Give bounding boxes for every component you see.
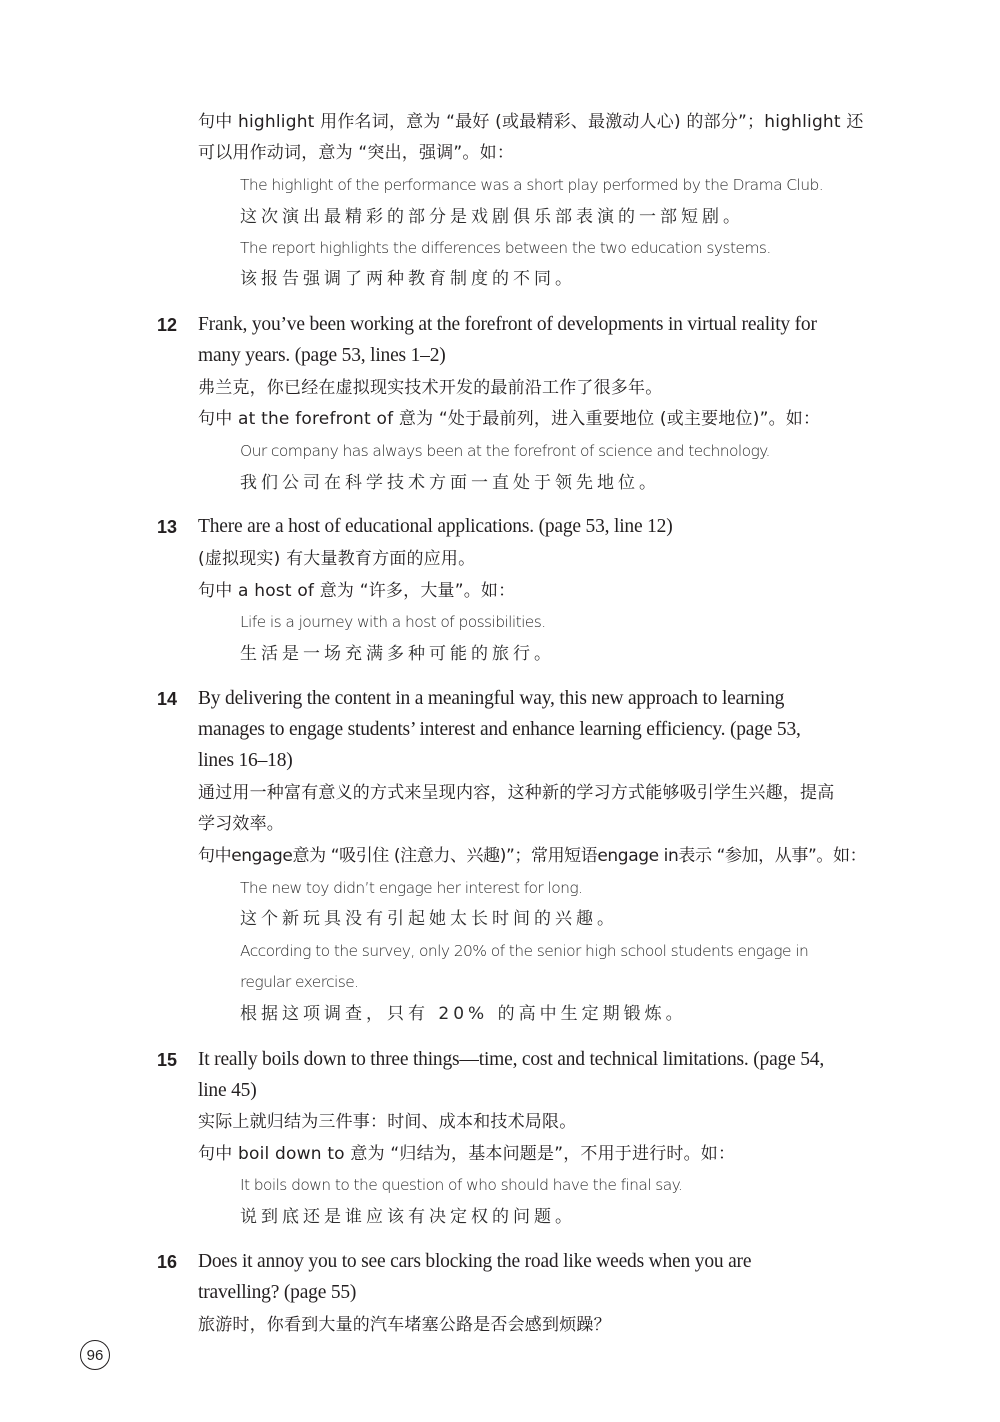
- example-english: The highlight of the performance was a s…: [240, 173, 823, 197]
- note-sentence-line: By delivering the content in a meaningfu…: [198, 687, 784, 711]
- note-translation: 实际上就归结为三件事：时间、成本和技术局限。: [198, 1110, 576, 1134]
- note-sentence-line: lines 16–18): [198, 749, 293, 773]
- note-translation: 学习效率。: [198, 812, 284, 836]
- note-explanation: 句中 a host of 意为 “许多，大量”。如：: [198, 579, 515, 603]
- note-sentence-line: line 45): [198, 1079, 257, 1103]
- note-number: 16: [157, 1250, 177, 1274]
- note-sentence-line: many years. (page 53, lines 1–2): [198, 344, 446, 368]
- example-english: Life is a journey with a host of possibi…: [240, 610, 546, 634]
- example-chinese: 说到底还是谁应该有决定权的问题。: [240, 1205, 576, 1229]
- example-chinese: 这次演出最精彩的部分是戏剧俱乐部表演的一部短剧。: [240, 205, 744, 229]
- note-sentence-line: There are a host of educational applicat…: [198, 515, 673, 539]
- page-number: 96: [87, 1347, 104, 1364]
- example-english: Our company has always been at the foref…: [240, 439, 770, 463]
- note-number: 12: [157, 313, 177, 337]
- note-sentence-line: travelling? (page 55): [198, 1281, 356, 1305]
- note-number: 15: [157, 1048, 177, 1072]
- example-chinese: 该报告强调了两种教育制度的不同。: [240, 267, 576, 291]
- note-sentence-line: manages to engage students’ interest and…: [198, 718, 801, 742]
- example-chinese: 生活是一场充满多种可能的旅行。: [240, 642, 555, 666]
- intro-explanation-line-2: 可以用作动词，意为 “突出，强调”。如：: [198, 141, 514, 165]
- note-translation: (虚拟现实) 有大量教育方面的应用。: [198, 547, 475, 571]
- note-translation: 弗兰克，你已经在虚拟现实技术开发的最前沿工作了很多年。: [198, 376, 662, 400]
- note-explanation: 句中 at the forefront of 意为 “处于最前列，进入重要地位 …: [198, 407, 820, 431]
- example-english: It boils down to the question of who sho…: [240, 1173, 682, 1197]
- note-number: 14: [157, 687, 177, 711]
- note-explanation: 句中engage意为 “吸引住 (注意力、兴趣)”；常用短语engage in表…: [198, 844, 866, 868]
- example-english: The report highlights the differences be…: [240, 236, 771, 260]
- intro-explanation-line-1: 句中 highlight 用作名词，意为 “最好 (或最精彩、最激动人心) 的部…: [198, 110, 864, 134]
- note-translation: 通过用一种富有意义的方式来呈现内容，这种新的学习方式能够吸引学生兴趣，提高: [198, 781, 834, 805]
- example-chinese: 这个新玩具没有引起她太长时间的兴趣。: [240, 907, 618, 931]
- note-sentence-line: Does it annoy you to see cars blocking t…: [198, 1250, 751, 1274]
- example-chinese: 根据这项调查，只有 20% 的高中生定期锻炼。: [240, 1002, 687, 1026]
- example-english: regular exercise.: [240, 970, 359, 994]
- example-english: According to the survey, only 20% of the…: [240, 939, 808, 963]
- page-number-badge: 96: [80, 1340, 110, 1370]
- note-explanation: 句中 boil down to 意为 “归结为，基本问题是”，不用于进行时。如：: [198, 1142, 735, 1166]
- note-number: 13: [157, 515, 177, 539]
- example-chinese: 我们公司在科学技术方面一直处于领先地位。: [240, 471, 660, 495]
- textbook-page: 句中 highlight 用作名词，意为 “最好 (或最精彩、最激动人心) 的部…: [0, 0, 1000, 1422]
- example-english: The new toy didn’t engage her interest f…: [240, 876, 582, 900]
- note-translation: 旅游时，你看到大量的汽车堵塞公路是否会感到烦躁？: [198, 1313, 611, 1337]
- note-sentence-line: Frank, you’ve been working at the forefr…: [198, 313, 817, 337]
- note-sentence-line: It really boils down to three things—tim…: [198, 1048, 824, 1072]
